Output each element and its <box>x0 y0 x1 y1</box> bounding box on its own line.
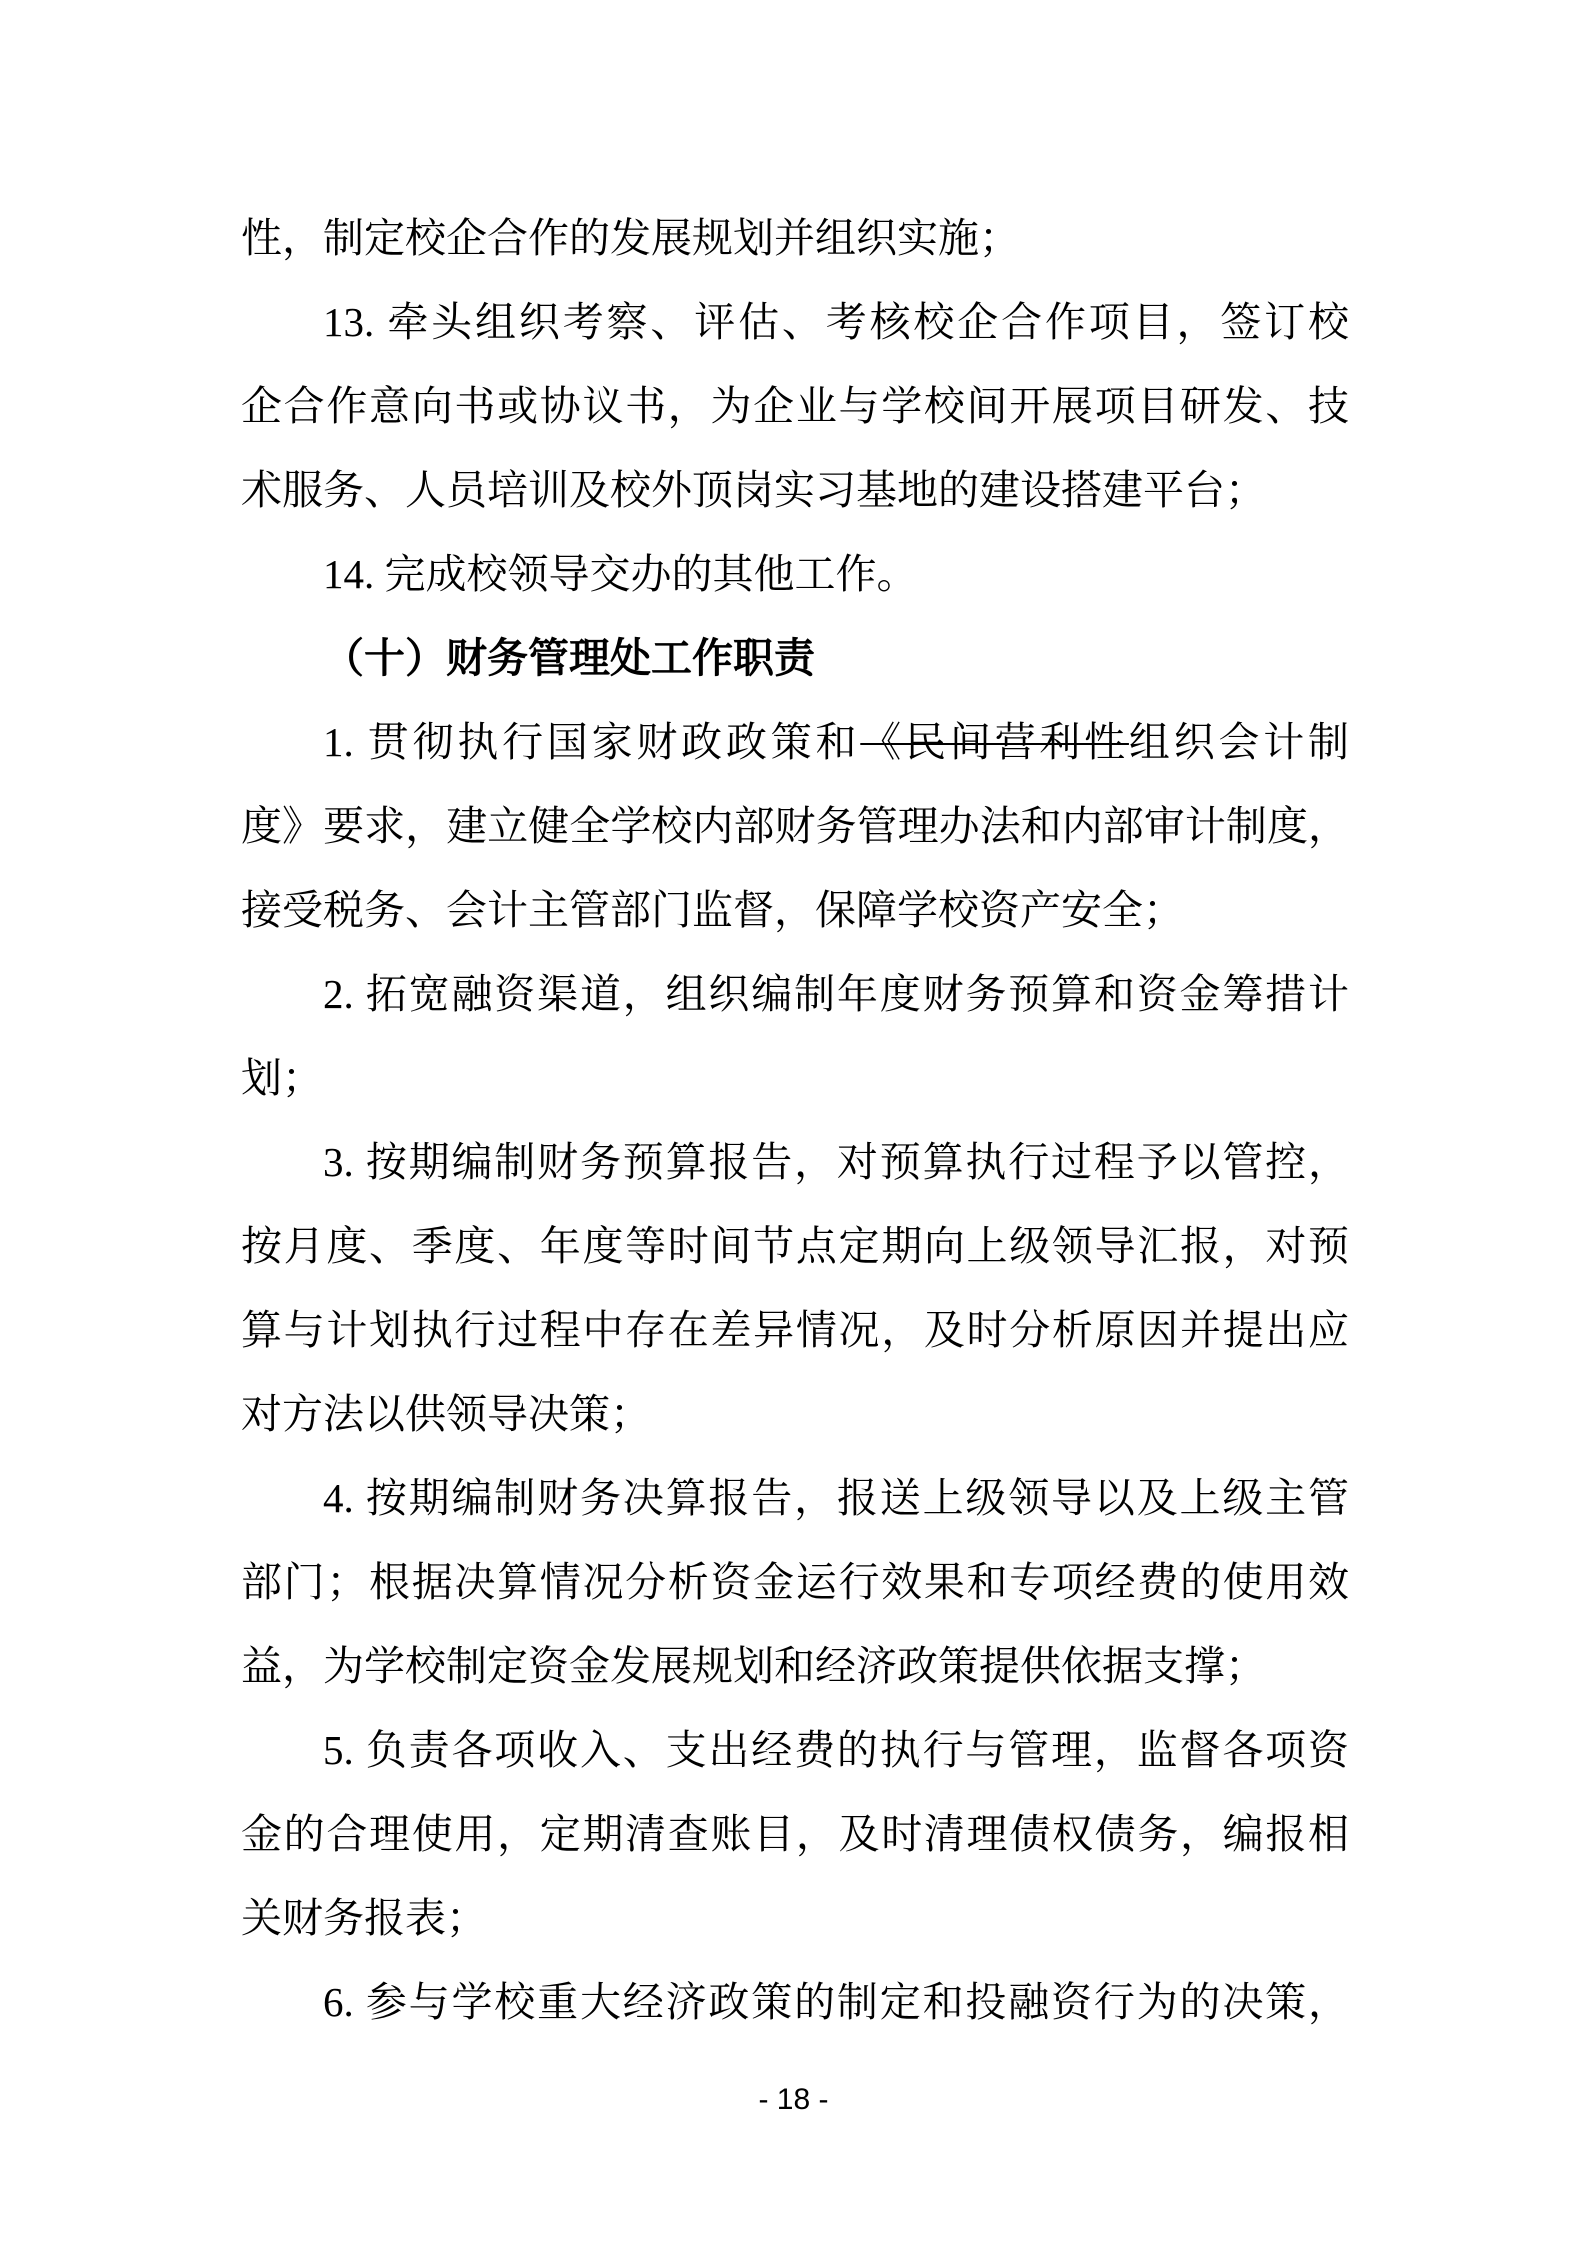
text-line: 3. 按期编制财务预算报告，对预算执行过程予以管控， <box>241 1120 1349 1204</box>
text-segment: 13. 牵头组织考察、评估、考核校企合作项目，签订校 <box>323 299 1349 345</box>
text-line: 度》要求，建立健全学校内部财务管理办法和内部审计制度， <box>241 784 1349 868</box>
text-line: 企合作意向书或协议书，为企业与学校间开展项目研发、技 <box>241 364 1349 448</box>
text-segment: 对方法以供领导决策； <box>241 1391 651 1437</box>
page-footer: - 18 - <box>0 2078 1587 2122</box>
text-segment: 接受税务、会计主管部门监督，保障学校资产安全； <box>241 887 1184 933</box>
text-line: 部门；根据决算情况分析资金运行效果和专项经费的使用效 <box>241 1540 1349 1624</box>
text-line: 接受税务、会计主管部门监督，保障学校资产安全； <box>241 868 1349 952</box>
text-segment: 3. 按期编制财务预算报告，对预算执行过程予以管控， <box>323 1139 1349 1185</box>
text-segment: 组织会计制 <box>1129 719 1349 765</box>
text-segment: 部门；根据决算情况分析资金运行效果和专项经费的使用效 <box>241 1559 1349 1605</box>
text-segment: 6. 参与学校重大经济政策的制定和投融资行为的决策， <box>323 1979 1349 2025</box>
text-segment: 按月度、季度、年度等时间节点定期向上级领导汇报，对预 <box>241 1223 1349 1269</box>
text-line: 对方法以供领导决策； <box>241 1372 1349 1456</box>
text-line: 5. 负责各项收入、支出经费的执行与管理，监督各项资 <box>241 1708 1349 1792</box>
document-page: 性，制定校企合作的发展规划并组织实施；13. 牵头组织考察、评估、考核校企合作项… <box>0 0 1587 2245</box>
struck-text: 《民间营利性 <box>860 719 1129 765</box>
text-segment: 企合作意向书或协议书，为企业与学校间开展项目研发、技 <box>241 383 1349 429</box>
text-segment: 术服务、人员培训及校外顶岗实习基地的建设搭建平台； <box>241 467 1266 513</box>
text-segment: 1. 贯彻执行国家财政政策和 <box>323 719 860 765</box>
text-line: 算与计划执行过程中存在差异情况，及时分析原因并提出应 <box>241 1288 1349 1372</box>
text-segment: 14. 完成校领导交办的其他工作。 <box>323 551 918 597</box>
text-line: 术服务、人员培训及校外顶岗实习基地的建设搭建平台； <box>241 448 1349 532</box>
text-segment: 划； <box>241 1055 323 1101</box>
page-number: - 18 - <box>758 2083 828 2116</box>
text-segment: 性，制定校企合作的发展规划并组织实施； <box>241 215 1020 261</box>
text-line: 按月度、季度、年度等时间节点定期向上级领导汇报，对预 <box>241 1204 1349 1288</box>
text-line: 益，为学校制定资金发展规划和经济政策提供依据支撑； <box>241 1624 1349 1708</box>
text-line: 14. 完成校领导交办的其他工作。 <box>241 532 1349 616</box>
text-segment: 益，为学校制定资金发展规划和经济政策提供依据支撑； <box>241 1643 1266 1689</box>
text-line: 13. 牵头组织考察、评估、考核校企合作项目，签订校 <box>241 280 1349 364</box>
text-segment: 2. 拓宽融资渠道，组织编制年度财务预算和资金筹措计 <box>323 971 1349 1017</box>
text-line: 6. 参与学校重大经济政策的制定和投融资行为的决策， <box>241 1960 1349 2044</box>
document-body: 性，制定校企合作的发展规划并组织实施；13. 牵头组织考察、评估、考核校企合作项… <box>241 196 1349 2044</box>
text-segment: 4. 按期编制财务决算报告，报送上级领导以及上级主管 <box>323 1475 1349 1521</box>
text-segment: （十）财务管理处工作职责 <box>323 635 815 681</box>
text-line: 金的合理使用，定期清查账目，及时清理债权债务，编报相 <box>241 1792 1349 1876</box>
text-segment: 度》要求，建立健全学校内部财务管理办法和内部审计制度， <box>241 803 1349 849</box>
text-line: 性，制定校企合作的发展规划并组织实施； <box>241 196 1349 280</box>
text-line: 关财务报表； <box>241 1876 1349 1960</box>
text-segment: 5. 负责各项收入、支出经费的执行与管理，监督各项资 <box>323 1727 1349 1773</box>
text-segment: 算与计划执行过程中存在差异情况，及时分析原因并提出应 <box>241 1307 1349 1353</box>
text-line: 划； <box>241 1036 1349 1120</box>
text-line: 1. 贯彻执行国家财政政策和《民间营利性组织会计制 <box>241 700 1349 784</box>
text-segment: 金的合理使用，定期清查账目，及时清理债权债务，编报相 <box>241 1811 1349 1857</box>
section-heading: （十）财务管理处工作职责 <box>241 616 1349 700</box>
text-line: 4. 按期编制财务决算报告，报送上级领导以及上级主管 <box>241 1456 1349 1540</box>
text-line: 2. 拓宽融资渠道，组织编制年度财务预算和资金筹措计 <box>241 952 1349 1036</box>
text-segment: 关财务报表； <box>241 1895 487 1941</box>
